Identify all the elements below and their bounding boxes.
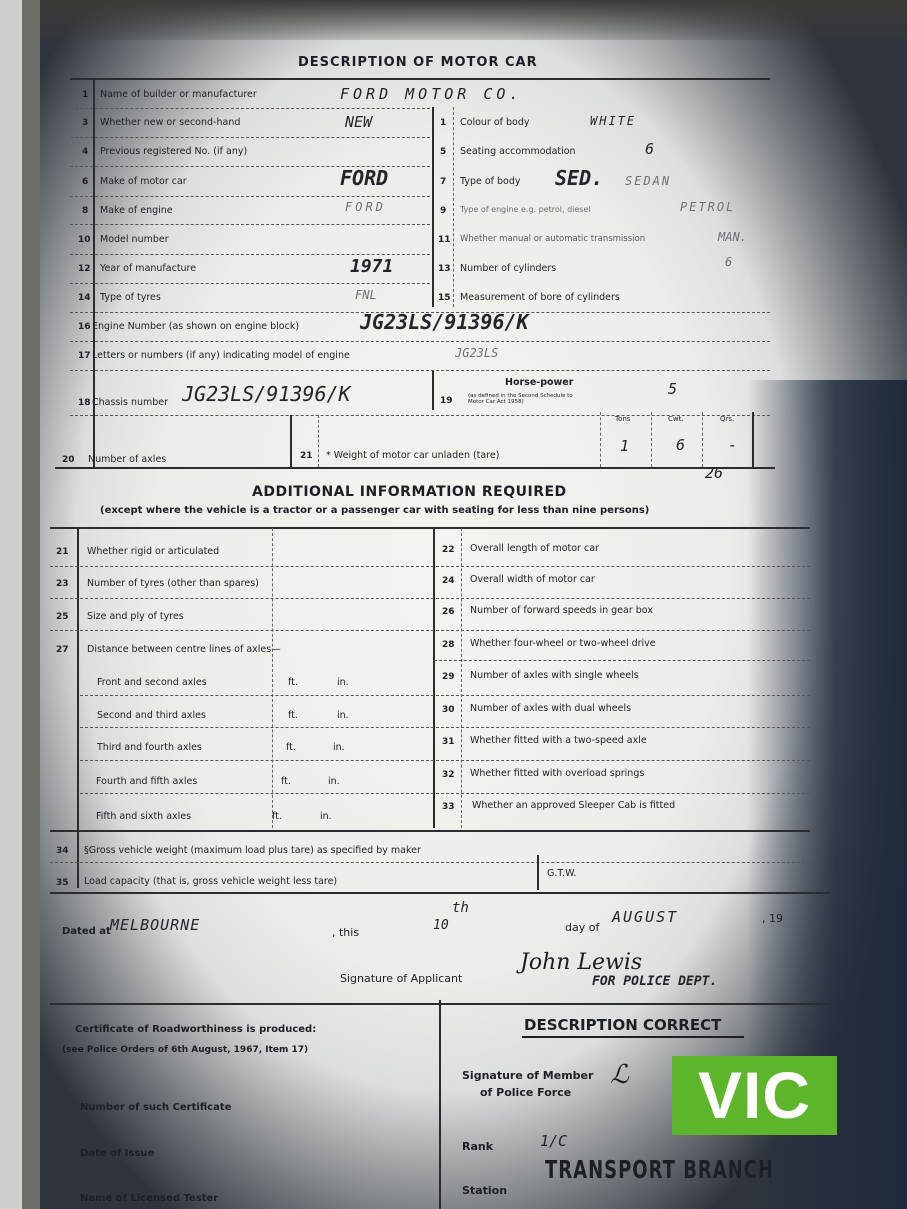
field-number: 3 <box>82 118 88 128</box>
rule <box>50 598 810 599</box>
field-label-axle-distance: Distance between centre lines of axles— <box>87 644 281 655</box>
certificate-heading: Certificate of Roadworthiness is produce… <box>75 1024 316 1035</box>
rule <box>70 415 770 416</box>
field-label-engine-make: Make of engine <box>100 205 173 216</box>
tare-header-cwt: Cwt. <box>668 415 684 423</box>
field-number: 19 <box>440 396 453 406</box>
field-number: 24 <box>442 576 455 586</box>
field-number: 29 <box>442 672 455 682</box>
rule <box>80 727 810 728</box>
dated-month[interactable]: AUGUST <box>612 908 678 926</box>
field-number: 5 <box>440 147 446 157</box>
field-number: 11 <box>438 235 451 245</box>
field-label-tare: * Weight of motor car unladen (tare) <box>326 450 499 461</box>
axle-in: in. <box>320 811 332 822</box>
field-number: 13 <box>438 264 451 274</box>
rule <box>70 341 770 342</box>
field-label-new-or-used: Whether new or second-hand <box>100 117 240 128</box>
field-value-colour[interactable]: WHITE <box>590 114 636 128</box>
field-number: 12 <box>78 264 91 274</box>
field-label-year: Year of manufacture <box>100 263 196 274</box>
field-label-overload-springs: Whether fitted with overload springs <box>470 768 644 779</box>
motor-car-description-form: DESCRIPTION OF MOTOR CAR 1 Name of build… <box>0 0 907 1209</box>
dated-day-suffix: th <box>452 900 469 916</box>
rule <box>80 793 810 794</box>
field-label-bore: Measurement of bore of cylinders <box>460 292 620 303</box>
field-value-manufacturer[interactable]: FORD MOTOR CO. <box>340 85 522 103</box>
rule <box>80 760 810 761</box>
applicant-signature-label: Signature of Applicant <box>340 972 462 985</box>
axle-ft: ft. <box>288 710 298 721</box>
applicant-note: FOR POLICE DEPT. <box>592 974 717 989</box>
rule <box>50 566 810 567</box>
field-value-engine-type[interactable]: PETROL <box>680 200 735 214</box>
rule <box>434 660 810 661</box>
field-label-manufacturer: Name of builder or manufacturer <box>100 89 257 100</box>
axle-ft: ft. <box>288 677 298 688</box>
field-number: 35 <box>56 878 69 888</box>
axle-in: in. <box>337 677 349 688</box>
rule <box>70 254 430 255</box>
axle-in: in. <box>328 776 340 787</box>
description-correct-stamp: DESCRIPTION CORRECT <box>524 1016 721 1034</box>
additional-info-title: ADDITIONAL INFORMATION REQUIRED <box>252 484 567 500</box>
axle-label: Third and fourth axles <box>97 742 202 753</box>
applicant-signature[interactable]: John Lewis <box>520 950 642 975</box>
field-label-make: Make of motor car <box>100 176 187 187</box>
field-value-cylinders[interactable]: 6 <box>725 255 732 269</box>
dated-place[interactable]: MELBOURNE <box>110 916 200 934</box>
field-number: 21 <box>300 451 313 461</box>
field-label-gross-weight: §Gross vehicle weight (maximum load plus… <box>84 845 421 856</box>
axle-in: in. <box>337 710 349 721</box>
station-label: Station <box>462 1184 507 1197</box>
rank-value: 1/C <box>540 1132 567 1150</box>
field-label-width: Overall width of motor car <box>470 574 595 585</box>
rule <box>50 892 830 894</box>
axle-label: Second and third axles <box>97 710 206 721</box>
field-number: 1 <box>82 90 88 100</box>
field-number: 28 <box>442 640 455 650</box>
field-number: 4 <box>82 147 88 157</box>
field-label-two-speed-axle: Whether fitted with a two-speed axle <box>470 735 647 746</box>
field-label-engine-type: Type of engine e.g. petrol, diesel <box>460 205 591 214</box>
field-number: 18 <box>78 398 91 408</box>
field-value-body-type[interactable]: SED. <box>555 166 603 190</box>
field-label-tyre-count: Number of tyres (other than spares) <box>87 578 259 589</box>
field-label-length: Overall length of motor car <box>470 543 599 554</box>
field-number: 30 <box>442 705 455 715</box>
field-value-engine-number[interactable]: JG23LS/91396/K <box>360 310 529 334</box>
rank-label: Rank <box>462 1140 493 1153</box>
police-signature-label-2: of Police Force <box>480 1086 571 1099</box>
rule <box>600 412 601 467</box>
field-label-chassis: Chassis number <box>92 397 168 408</box>
field-number: 14 <box>78 293 91 303</box>
field-label-seating: Seating accommodation <box>460 146 576 157</box>
rule <box>50 862 810 863</box>
field-number: 7 <box>440 177 446 187</box>
field-label-model-number: Model number <box>100 234 169 245</box>
field-number: 8 <box>82 206 88 216</box>
axle-ft: ft. <box>272 811 282 822</box>
rule <box>93 80 95 468</box>
axle-ft: ft. <box>281 776 291 787</box>
tare-value-tons[interactable]: 1 <box>620 437 629 455</box>
dated-this-label: , this <box>332 926 359 939</box>
field-number: 10 <box>78 235 91 245</box>
rule <box>432 370 434 410</box>
field-label-colour: Colour of body <box>460 117 530 128</box>
field-label-gtw: G.T.W. <box>547 868 576 879</box>
certificate-number-label: Number of such Certificate <box>80 1102 231 1113</box>
tare-header-qrs: Qrs. <box>720 415 734 423</box>
rule <box>651 412 652 467</box>
axle-ft: ft. <box>286 742 296 753</box>
axle-in: in. <box>333 742 345 753</box>
rule <box>77 528 79 888</box>
field-value-engine-make[interactable]: FORD <box>345 200 386 214</box>
tare-value-cwt[interactable]: 6 <box>676 436 685 454</box>
rule <box>272 528 273 828</box>
field-label-sleeper-cab: Whether an approved Sleeper Cab is fitte… <box>472 800 675 811</box>
field-value-year[interactable]: 1971 <box>350 256 393 277</box>
rule <box>453 107 454 307</box>
field-value-chassis[interactable]: JG23LS/91396/K <box>182 382 351 406</box>
field-value-new-or-used[interactable]: NEW <box>345 113 372 131</box>
field-value-engine-model[interactable]: JG23LS <box>455 346 498 360</box>
rule <box>752 412 754 467</box>
station-value: TRANSPORT BRANCH <box>545 1156 774 1185</box>
axle-label: Fourth and fifth axles <box>96 776 197 787</box>
field-number: 15 <box>438 293 451 303</box>
field-label-horsepower: Horse-power <box>505 377 573 388</box>
axle-label: Fifth and sixth axles <box>96 811 191 822</box>
field-label-single-wheels: Number of axles with single wheels <box>470 670 639 681</box>
field-label-tyre-size: Size and ply of tyres <box>87 611 184 622</box>
field-label-rigid: Whether rigid or articulated <box>87 546 219 557</box>
field-value-body-type-alt: SEDAN <box>625 174 671 188</box>
field-number: 26 <box>442 607 455 617</box>
field-sublabel-horsepower: (as defined in the Second Schedule to Mo… <box>468 393 588 405</box>
field-number: 25 <box>56 612 69 622</box>
rule <box>290 415 292 467</box>
field-label-drive: Whether four-wheel or two-wheel drive <box>470 638 656 649</box>
rule <box>432 107 434 307</box>
field-number: 9 <box>440 206 446 216</box>
field-number: 20 <box>62 455 75 465</box>
field-label-engine-number: Engine Number (as shown on engine block) <box>92 321 299 332</box>
field-number: 34 <box>56 846 69 856</box>
certificate-tester-label: Name of Licensed Tester <box>80 1193 218 1204</box>
form-title: DESCRIPTION OF MOTOR CAR <box>298 55 538 70</box>
rule <box>537 855 539 890</box>
field-number: 21 <box>56 547 69 557</box>
field-label-engine-model: Letters or numbers (if any) indicating m… <box>92 350 350 361</box>
dated-label: Dated at <box>62 926 111 937</box>
field-label-axles: Number of axles <box>88 454 166 465</box>
dated-day-of-label: day of <box>565 921 599 934</box>
field-value-make[interactable]: FORD <box>340 166 388 190</box>
dated-day[interactable]: 10 <box>433 918 449 933</box>
rule <box>70 196 430 197</box>
field-value-tyres[interactable]: FNL <box>355 288 377 302</box>
police-signature[interactable]: ℒ <box>610 1060 629 1090</box>
police-signature-label: Signature of Member <box>462 1069 593 1082</box>
field-value-transmission[interactable]: MAN. <box>718 230 747 244</box>
rule <box>318 415 319 467</box>
field-value-horsepower[interactable]: 5 <box>668 380 677 398</box>
field-number: 16 <box>78 322 91 332</box>
stamp-underline <box>522 1036 744 1038</box>
tare-value-qrs[interactable]: - <box>728 436 737 454</box>
rule <box>70 283 430 284</box>
field-label-transmission: Whether manual or automatic transmission <box>460 234 645 244</box>
field-number: 22 <box>442 545 455 555</box>
rule <box>50 527 810 529</box>
field-number: 17 <box>78 351 91 361</box>
field-label-cylinders: Number of cylinders <box>460 263 556 274</box>
rule <box>70 78 770 80</box>
rule <box>55 467 775 469</box>
field-label-forward-speeds: Number of forward speeds in gear box <box>470 605 653 616</box>
field-label-tyres: Type of tyres <box>100 292 161 303</box>
field-number: 31 <box>442 737 455 747</box>
field-label-previous-reg: Previous registered No. (if any) <box>100 146 247 157</box>
field-value-seating[interactable]: 6 <box>645 140 654 158</box>
field-number: 6 <box>82 177 88 187</box>
tare-header-tons: Tons <box>615 415 630 423</box>
field-label-dual-wheels: Number of axles with dual wheels <box>470 703 631 714</box>
rule <box>50 630 810 631</box>
field-label-load-capacity: Load capacity (that is, gross vehicle we… <box>84 876 337 887</box>
rule <box>70 224 430 225</box>
rule <box>70 108 430 109</box>
additional-info-subtitle: (except where the vehicle is a tractor o… <box>100 505 649 516</box>
field-number: 27 <box>56 645 69 655</box>
rule <box>70 370 770 371</box>
field-number: 1 <box>440 118 446 128</box>
certificate-date-label: Date of Issue <box>80 1148 154 1159</box>
certificate-reference: (see Police Orders of 6th August, 1967, … <box>62 1045 308 1055</box>
field-number: 32 <box>442 770 455 780</box>
rule <box>461 528 462 828</box>
field-number: 23 <box>56 579 69 589</box>
rule <box>70 137 430 138</box>
rule <box>80 695 810 696</box>
rule <box>439 1000 441 1209</box>
rule <box>433 528 435 828</box>
field-label-body-type: Type of body <box>460 176 521 187</box>
vic-badge: VIC <box>672 1056 837 1135</box>
field-number: 33 <box>442 802 455 812</box>
rule <box>702 412 703 467</box>
axle-label: Front and second axles <box>97 677 207 688</box>
dated-year: , 19 <box>762 912 783 925</box>
rule <box>50 830 810 832</box>
